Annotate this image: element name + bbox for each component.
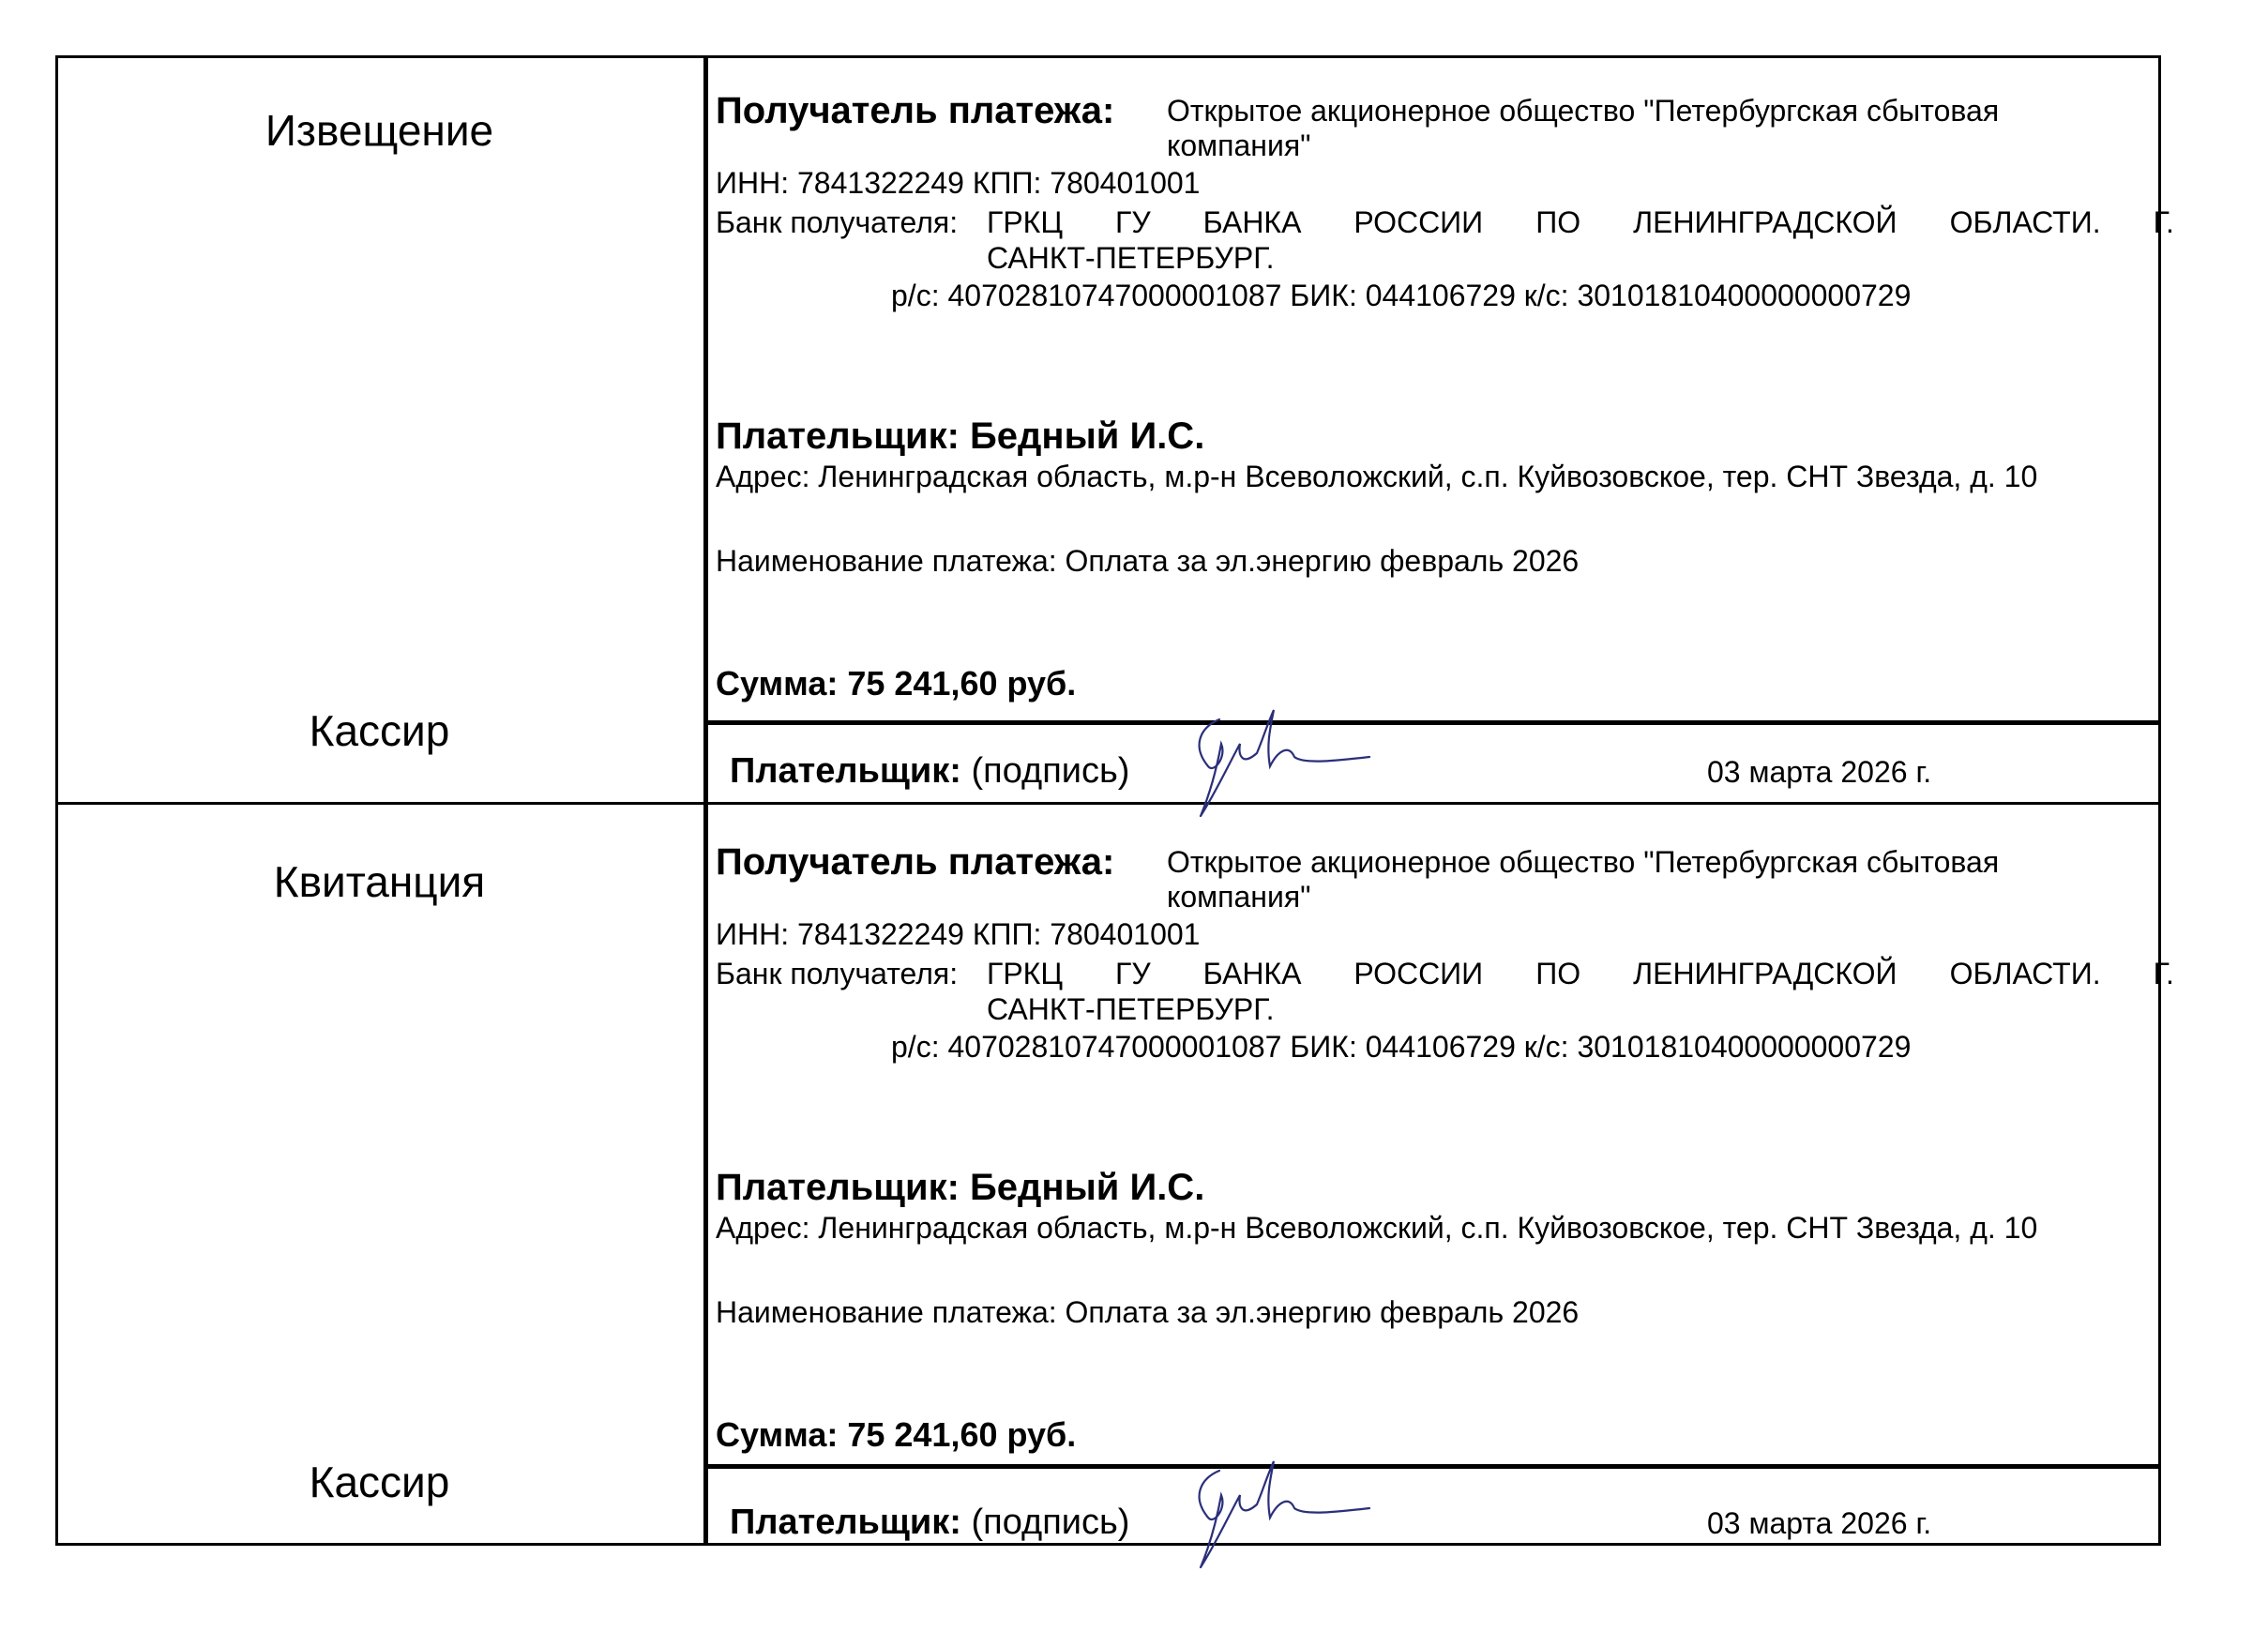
bank-word: ЛЕНИНГРАДСКОЙ [1633, 205, 1897, 240]
bank-word: ЛЕНИНГРАДСКОЙ [1633, 957, 1897, 991]
bank-word: БАНКА [1203, 957, 1302, 991]
bank-label: Банк получателя: [716, 205, 958, 240]
bank-word: РОССИИ [1353, 957, 1483, 991]
payment-date: 03 марта 2026 г. [1707, 1506, 1931, 1541]
bank-word: Г. [2154, 957, 2174, 991]
recipient-name-line2: компания" [1167, 880, 1311, 914]
section-title: Извещение [55, 105, 703, 156]
bank-word: ОБЛАСТИ. [1950, 957, 2101, 991]
section-title: Квитанция [55, 856, 703, 907]
payer-address: Адрес: Ленинградская область, м.р-н Всев… [716, 1211, 2037, 1246]
bank-name-line2: САНКТ-ПЕТЕРБУРГ. [987, 241, 1275, 276]
recipient-name-line1: Открытое акционерное общество "Петербург… [1167, 94, 1999, 128]
payment-sum: Сумма: 75 241,60 руб. [716, 1415, 1076, 1455]
bank-accounts: р/с: 40702810747000001087 БИК: 044106729… [891, 279, 1911, 313]
bank-word: ГУ [1115, 957, 1151, 991]
signature-hint: (подпись) [972, 1503, 1130, 1542]
payer-name: Плательщик: Бедный И.С. [716, 416, 1204, 458]
payment-purpose: Наименование платежа: Оплата за эл.энерг… [716, 1295, 1579, 1330]
receipt-section: Квитанция Кассир Получатель платежа: Отк… [0, 751, 2268, 1502]
bank-word: ГРКЦ [987, 205, 1063, 240]
payer-name: Плательщик: Бедный И.С. [716, 1167, 1204, 1209]
recipient-name-line2: компания" [1167, 128, 1311, 163]
recipient-label: Получатель платежа: [716, 90, 1114, 132]
bank-name-line1: ГРКЦГУБАНКАРОССИИПОЛЕНИНГРАДСКОЙОБЛАСТИ.… [987, 957, 2174, 991]
bank-word: ПО [1535, 957, 1580, 991]
bank-word: ГУ [1115, 205, 1151, 240]
notice-section: Извещение Кассир Получатель платежа: Отк… [0, 0, 2268, 750]
bank-word: Г. [2154, 205, 2174, 240]
handwritten-signature [1172, 1450, 1416, 1572]
cashier-label: Кассир [55, 1457, 703, 1507]
cashier-label: Кассир [55, 705, 703, 756]
bank-name-line1: ГРКЦГУБАНКАРОССИИПОЛЕНИНГРАДСКОЙОБЛАСТИ.… [987, 205, 2174, 240]
signature-row: Плательщик: (подпись) [730, 1503, 1129, 1543]
payer-address: Адрес: Ленинградская область, м.р-н Всев… [716, 460, 2037, 494]
bank-label: Банк получателя: [716, 957, 958, 991]
recipient-label: Получатель платежа: [716, 841, 1114, 884]
payment-purpose: Наименование платежа: Оплата за эл.энерг… [716, 544, 1579, 579]
signature-label: Плательщик: [730, 1503, 961, 1542]
bank-name-line2: САНКТ-ПЕТЕРБУРГ. [987, 992, 1275, 1027]
payment-sum: Сумма: 75 241,60 руб. [716, 664, 1076, 703]
bank-word: ПО [1535, 205, 1580, 240]
bank-accounts: р/с: 40702810747000001087 БИК: 044106729… [891, 1030, 1911, 1065]
bank-word: ОБЛАСТИ. [1950, 205, 2101, 240]
inn-kpp: ИНН: 7841322249 КПП: 780401001 [716, 166, 1200, 201]
inn-kpp: ИНН: 7841322249 КПП: 780401001 [716, 917, 1200, 952]
bank-word: ГРКЦ [987, 957, 1063, 991]
bank-word: БАНКА [1203, 205, 1302, 240]
recipient-name-line1: Открытое акционерное общество "Петербург… [1167, 845, 1999, 880]
bank-word: РОССИИ [1353, 205, 1483, 240]
